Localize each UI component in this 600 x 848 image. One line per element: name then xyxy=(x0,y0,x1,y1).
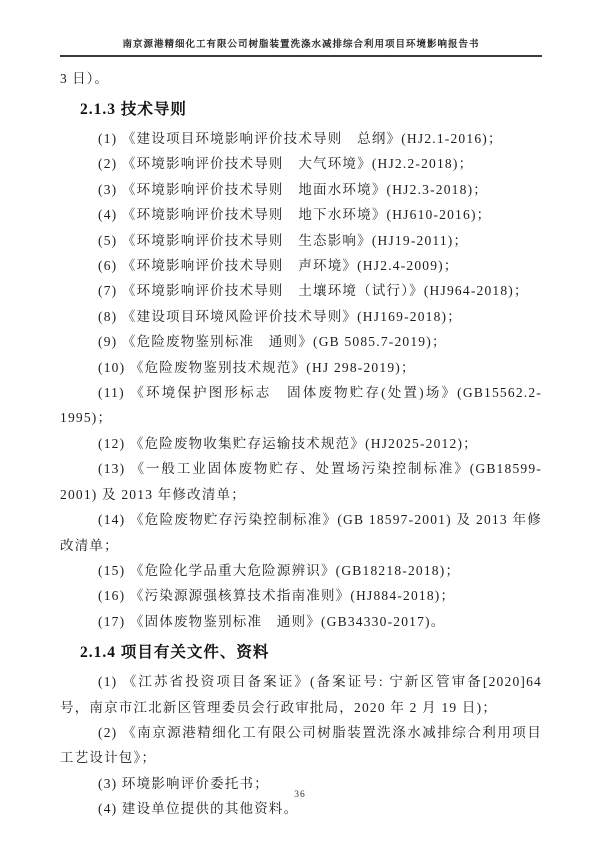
page-body: 3 日）。 2.1.3 技术导则 (1) 《建设项目环境影响评价技术导则 总纲》… xyxy=(60,66,542,822)
list-item: (16) 《污染源源强核算技术指南准则》(HJ884-2018)； xyxy=(60,583,542,608)
page-number: 36 xyxy=(0,790,600,800)
list-item: (10) 《危险废物鉴别技术规范》(HJ 298-2019)； xyxy=(60,355,542,380)
list-item: (5) 《环境影响评价技术导则 生态影响》(HJ19-2011)； xyxy=(60,228,542,253)
list-item: (1) 《建设项目环境影响评价技术导则 总纲》(HJ2.1-2016)； xyxy=(60,126,542,151)
list-item: (4) 《环境影响评价技术导则 地下水环境》(HJ610-2016)； xyxy=(60,202,542,227)
list-item: (7) 《环境影响评价技术导则 土壤环境（试行）》(HJ964-2018)； xyxy=(60,278,542,303)
list-item: (14) 《危险废物贮存污染控制标准》(GB 18597-2001) 及 201… xyxy=(60,507,542,558)
list-item: (9) 《危险废物鉴别标准 通则》(GB 5085.7-2019)； xyxy=(60,329,542,354)
section-heading-2-1-3: 2.1.3 技术导则 xyxy=(80,97,542,119)
page-header-title: 南京源港精细化工有限公司树脂装置洗涤水减排综合利用项目环境影响报告书 xyxy=(60,36,542,57)
list-item: (1) 《江苏省投资项目备案证》(备案证号: 宁新区管审备[2020]64 号，… xyxy=(60,669,542,720)
list-item: (15) 《危险化学品重大危险源辨识》(GB18218-2018)； xyxy=(60,558,542,583)
list-item: (11) 《环境保护图形标志 固体废物贮存(处置)场》(GB15562.2-19… xyxy=(60,380,542,431)
list-item: (8) 《建设项目环境风险评价技术导则》(HJ169-2018)； xyxy=(60,304,542,329)
list-item: (2) 《南京源港精细化工有限公司树脂装置洗涤水减排综合利用项目工艺设计包》； xyxy=(60,720,542,771)
list-item: (3) 《环境影响评价技术导则 地面水环境》(HJ2.3-2018)； xyxy=(60,177,542,202)
section-heading-2-1-4: 2.1.4 项目有关文件、资料 xyxy=(80,640,542,662)
list-item: (2) 《环境影响评价技术导则 大气环境》(HJ2.2-2018)； xyxy=(60,151,542,176)
list-item: (17) 《固体废物鉴别标准 通则》(GB34330-2017)。 xyxy=(60,609,542,634)
list-item: (6) 《环境影响评价技术导则 声环境》(HJ2.4-2009)； xyxy=(60,253,542,278)
list-item: (12) 《危险废物收集贮存运输技术规范》(HJ2025-2012)； xyxy=(60,431,542,456)
intro-paragraph: 3 日）。 xyxy=(60,66,542,91)
document-page: 南京源港精细化工有限公司树脂装置洗涤水减排综合利用项目环境影响报告书 3 日）。… xyxy=(0,0,600,848)
list-item: (13) 《一般工业固体废物贮存、处置场污染控制标准》(GB18599-2001… xyxy=(60,456,542,507)
